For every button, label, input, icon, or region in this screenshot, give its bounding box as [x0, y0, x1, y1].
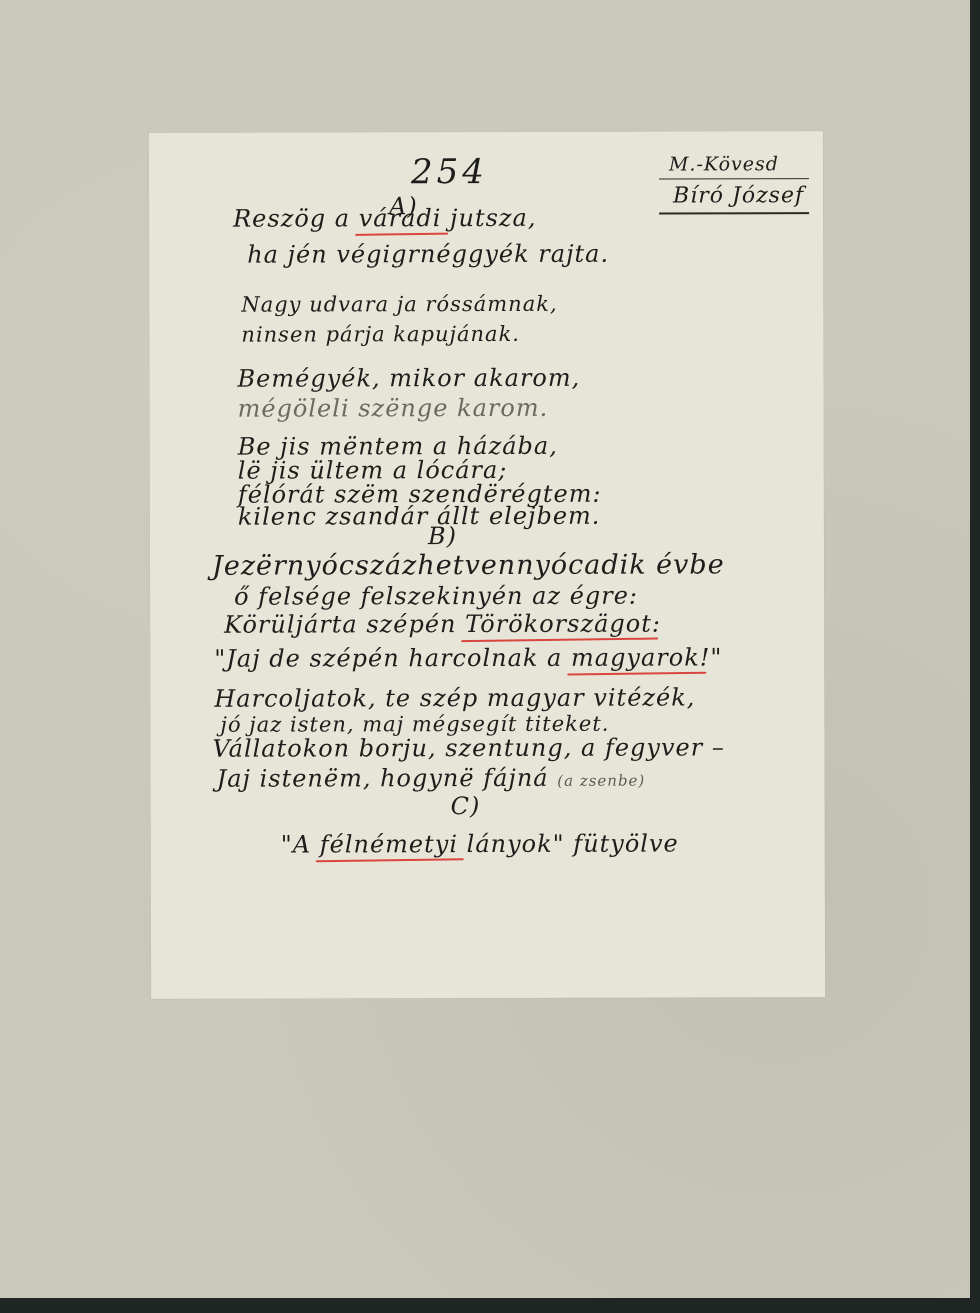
manuscript-page: 254 M.-Kövesd Bíró József A) Reszög a vá…	[149, 131, 825, 999]
verse-line: Harcoljatok, te szép magyar vitézék,	[214, 683, 695, 712]
verse-line: "Jaj de szépén harcolnak a magyarok!"	[214, 643, 722, 672]
verse-line: Nagy udvara ja róssámnak,	[241, 292, 557, 317]
line-text: !"	[700, 643, 723, 671]
line-text: Reszög a	[233, 204, 359, 232]
section-label-b: B)	[428, 522, 457, 550]
section-label-c: C)	[451, 792, 481, 820]
verse-line: kilenc zsandár állt elejbem.	[238, 502, 601, 531]
underlined-word: félnémetyi	[320, 830, 458, 858]
verse-line: Jaj istenëm, hogynë fájná (a zsenbe)	[217, 764, 646, 793]
underlined-word: magyarok	[571, 643, 700, 671]
pencil-note: (a zsenbe)	[557, 772, 645, 790]
verse-line: ha jén végigrnéggyék rajta.	[247, 240, 609, 269]
line-text: lányok" fütyölve	[458, 829, 679, 858]
line-text: jutsza,	[441, 204, 536, 232]
collector-name: Bíró József	[659, 179, 809, 214]
line-text: Körüljárta szépén	[224, 610, 465, 639]
collector-block: M.-Kövesd Bíró József	[659, 153, 809, 214]
mounting-board: 254 M.-Kövesd Bíró József A) Reszög a vá…	[0, 0, 970, 1298]
underlined-word: váradi	[359, 204, 442, 232]
verse-line: Vállatokon borju, szentung, a fegyver –	[212, 733, 724, 762]
verse-line: "A félnémetyi lányok" fütyölve	[281, 829, 679, 858]
line-text: Jaj istenëm, hogynë fájná	[217, 764, 558, 793]
verse-line: ninsen párja kapujának.	[241, 322, 520, 347]
underlined-word: Törökorszägot	[465, 610, 652, 638]
verse-line: Bemégyék, mikor akarom,	[237, 364, 580, 393]
verse-line: Jezërnyócszázhetvennyócadik évbe	[212, 549, 725, 581]
collector-place: M.-Kövesd	[659, 153, 809, 179]
verse-line: Reszög a váradi jutsza,	[233, 204, 536, 233]
line-text: :	[652, 610, 661, 638]
verse-line: Körüljárta szépén Törökorszägot:	[224, 610, 661, 639]
line-text: "Jaj de szépén harcolnak a	[214, 644, 571, 673]
page-number: 254	[411, 152, 488, 192]
verse-line: mégöleli szënge karom.	[238, 394, 549, 423]
verse-line: ő felsége felszekinyén az égre:	[234, 582, 638, 611]
line-text: "A	[281, 830, 320, 858]
